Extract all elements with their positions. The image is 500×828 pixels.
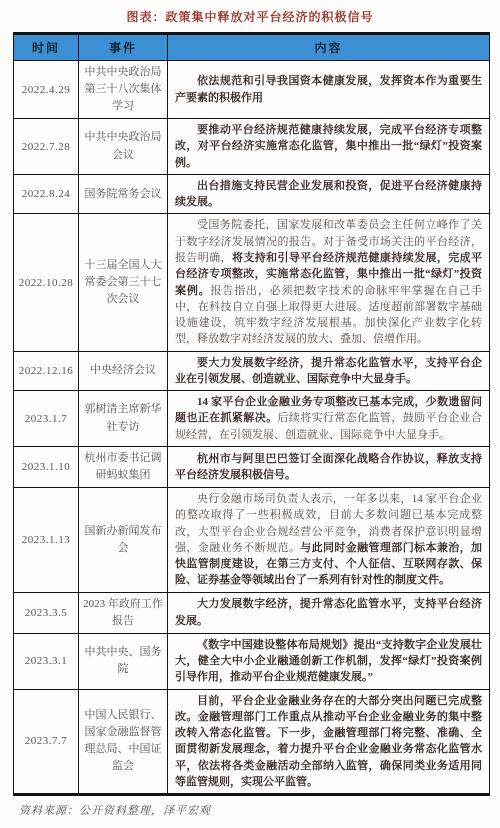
content-cell: 依法规范和引导我国资本健康发展，发挥资本作为重要生产要素的积极作用 (168, 61, 490, 119)
content-cell: 受国务院委托，国家发展和改革委员会主任何立峰作了关于数字经济发展情况的报告。对于… (168, 214, 490, 351)
table-row: 2022.12.16中央经济会议要大力发展数字经济，提升常态化监管水平，支持平台… (14, 351, 490, 391)
time-cell: 2023.1.10 (14, 446, 79, 487)
content-cell: 要大力发展数字经济，提升常态化监管水平，支持平台企业在引领发展、创造就业、国际竞… (168, 351, 490, 391)
content-text: 报告指出，必须把数字技术的命脉牢牢掌握在自己手中，在科技自立自强上取得更大进展。… (175, 285, 482, 346)
event-cell: 国新办新闻发布会 (79, 488, 168, 593)
content-text-bold: 目前，平台企业金融业务存在的大部分突出问题已完成整改。金融管理部门工作重点从推动… (175, 695, 482, 788)
event-cell: 郭树清主席新华社专访 (79, 391, 168, 447)
content-text-bold: 出台措施支持民营企业发展和投资，促进平台经济健康持续发展。 (175, 180, 482, 208)
column-header-time: 时间 (14, 34, 79, 61)
event-cell: 中央经济会议 (79, 351, 168, 391)
content-cell: 14 家平台企业金融业务专项整改已基本完成，少数遗留问题也正在抓紧解决。后续将实… (168, 391, 490, 447)
table-row: 2023.1.10杭州市委书记调研蚂蚁集团杭州市与阿里巴巴签订全面深化战略合作协… (14, 446, 490, 487)
header-row: 时间 事件 内容 (14, 34, 490, 61)
event-cell: 2023 年政府工作报告 (79, 592, 168, 633)
table-row: 2023.7.7中国人民银行、国家金融监督管理总局、中国证监会目前，平台企业金融… (14, 689, 490, 795)
content-text-bold: 依法规范和引导我国资本健康发展，发挥资本作为重要生产要素的积极作用 (175, 75, 482, 103)
table-body: 2022.4.29中共中央政治局第三十八次集体学习依法规范和引导我国资本健康发展… (14, 61, 490, 795)
source-note: 资料来源：公开资料整理，泽平宏观 (19, 802, 487, 818)
event-cell: 中共中央政治局第三十八次集体学习 (79, 61, 168, 119)
event-cell: 中国人民银行、国家金融监督管理总局、中国证监会 (79, 689, 168, 795)
time-cell: 2023.1.7 (14, 391, 79, 447)
table-row: 2023.3.1中共中央、国务院《数字中国建设整体布局规划》提出“支持数字企业发… (14, 633, 490, 689)
content-cell: 央行金融市场司负责人表示，一年多以来，14 家平台企业的整改取得了一些积极成效，… (168, 488, 490, 593)
table-row: 2023.1.7郭树清主席新华社专访14 家平台企业金融业务专项整改已基本完成，… (14, 391, 490, 447)
table-row: 2023.3.52023 年政府工作报告大力发展数字经济，提升常态化监管水平，支… (14, 592, 490, 633)
policy-table: 时间 事件 内容 2022.4.29中共中央政治局第三十八次集体学习依法规范和引… (13, 32, 490, 796)
content-cell: 要推动平台经济规范健康持续发展，完成平台经济专项整改，对平台经济实施常态化监管，… (168, 119, 490, 175)
event-cell: 中共中央政治局会议 (79, 119, 168, 175)
table-row: 2022.4.29中共中央政治局第三十八次集体学习依法规范和引导我国资本健康发展… (14, 61, 490, 119)
time-cell: 2023.3.5 (14, 592, 79, 633)
event-cell: 国务院常务会议 (79, 174, 168, 214)
content-text-bold: 杭州市与阿里巴巴签订全面深化战略合作协议，释放支持平台经济发展积极信号。 (175, 453, 482, 481)
time-cell: 2023.7.7 (14, 689, 79, 795)
event-cell: 十三届全国人大常委会第三十七次会议 (79, 214, 168, 351)
time-cell: 2023.1.13 (14, 488, 79, 593)
content-cell: 《数字中国建设整体布局规划》提出“支持数字企业发展壮大，健全大中小企业融通创新工… (168, 633, 490, 689)
column-header-event: 事件 (79, 34, 168, 61)
time-cell: 2022.12.16 (14, 351, 79, 391)
report-figure: 图表：政策集中释放对平台经济的积极信号 时间 事件 内容 2022.4.29中共… (0, 0, 500, 818)
event-cell: 中共中央、国务院 (79, 633, 168, 689)
time-cell: 2022.8.24 (14, 174, 79, 214)
table-row: 2022.8.24国务院常务会议出台措施支持民营企业发展和投资，促进平台经济健康… (14, 174, 490, 214)
table-row: 2023.1.13国新办新闻发布会央行金融市场司负责人表示，一年多以来，14 家… (14, 488, 490, 593)
time-cell: 2023.3.1 (14, 633, 79, 689)
table-row: 2022.7.28中共中央政治局会议要推动平台经济规范健康持续发展，完成平台经济… (14, 119, 490, 175)
content-cell: 目前，平台企业金融业务存在的大部分突出问题已完成整改。金融管理部门工作重点从推动… (168, 689, 490, 795)
figure-title: 图表：政策集中释放对平台经济的积极信号 (0, 0, 500, 32)
content-text-bold: 《数字中国建设整体布局规划》提出“支持数字企业发展壮大，健全大中小企业融通创新工… (175, 639, 482, 684)
table-header: 时间 事件 内容 (14, 34, 490, 61)
content-text-bold: 要推动平台经济规范健康持续发展，完成平台经济专项整改，对平台经济实施常态化监管，… (175, 124, 482, 169)
time-cell: 2022.10.28 (14, 214, 79, 351)
content-cell: 杭州市与阿里巴巴签订全面深化战略合作协议，释放支持平台经济发展积极信号。 (168, 446, 490, 487)
table-row: 2022.10.28十三届全国人大常委会第三十七次会议受国务院委托，国家发展和改… (14, 214, 490, 351)
column-header-content: 内容 (168, 34, 490, 61)
content-cell: 出台措施支持民营企业发展和投资，促进平台经济健康持续发展。 (168, 174, 490, 214)
event-cell: 杭州市委书记调研蚂蚁集团 (79, 446, 168, 487)
time-cell: 2022.4.29 (14, 61, 79, 119)
content-text-bold: 要大力发展数字经济，提升常态化监管水平，支持平台企业在引领发展、创造就业、国际竞… (175, 357, 482, 385)
content-text-bold: 大力发展数字经济，提升常态化监管水平，支持平台经济发展。 (175, 598, 482, 626)
content-cell: 大力发展数字经济，提升常态化监管水平，支持平台经济发展。 (168, 592, 490, 633)
table-container: 时间 事件 内容 2022.4.29中共中央政治局第三十八次集体学习依法规范和引… (13, 32, 489, 796)
time-cell: 2022.7.28 (14, 119, 79, 175)
